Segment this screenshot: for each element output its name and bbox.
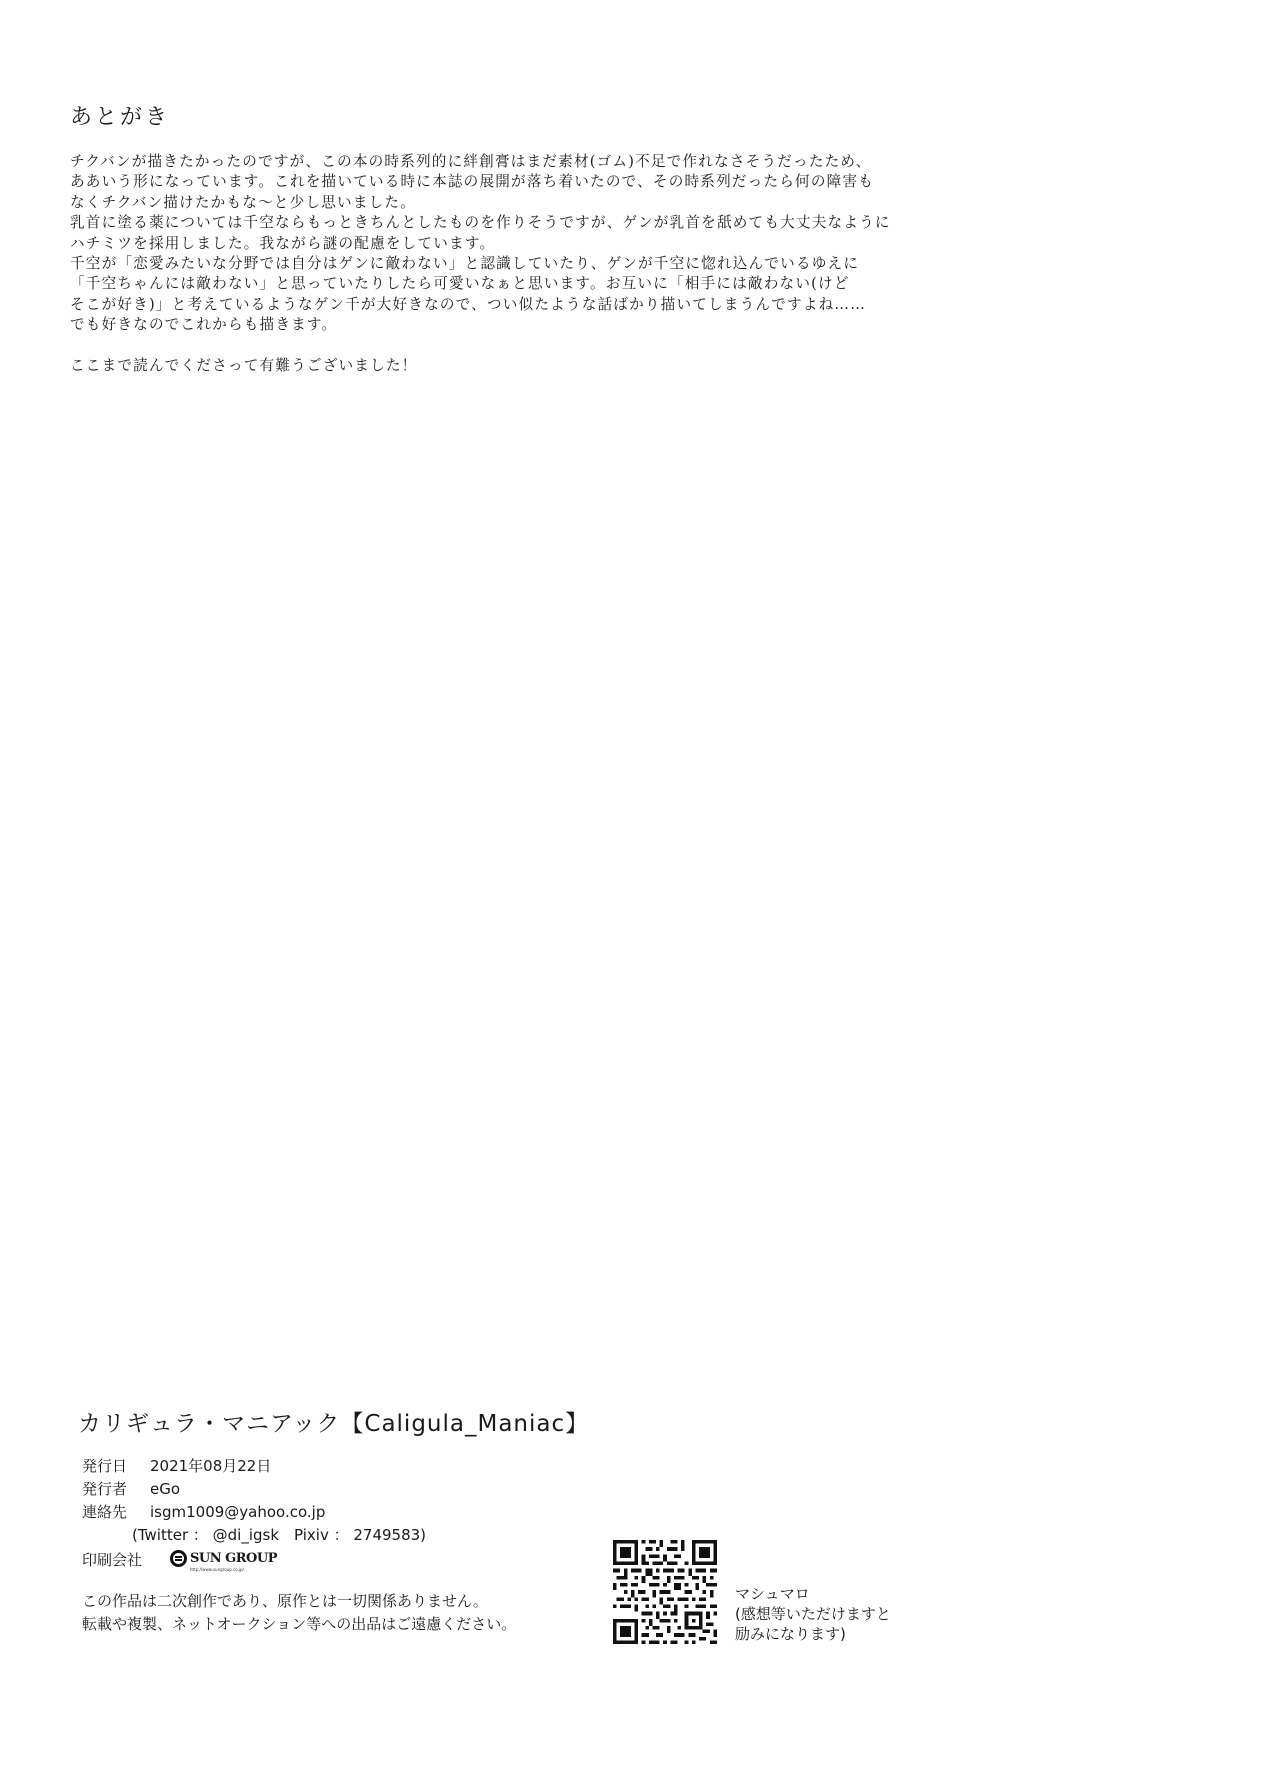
sun-group-logo-url: http://www.sungroup.co.jp/ — [190, 1568, 244, 1572]
afterword-line: 千空が「恋愛みたいな分野では自分はゲンに敵わない」と認識していたり、ゲンが千空に… — [70, 254, 990, 274]
afterword-line: なくチクバン描けたかもな～と少し思いました。 — [70, 193, 990, 213]
afterword-line: 乳首に塗る薬については千空ならもっときちんとしたものを作りそうですが、ゲンが乳首… — [70, 213, 990, 233]
afterword-line: そこが好き)」と考えているようなゲン千が大好きなので、つい似たような話ばかり描い… — [70, 295, 990, 315]
colophon-row-contact: 連絡先 isgm1009@yahoo.co.jp — [82, 1501, 426, 1524]
colophon-title: カリギュラ・マニアック【Caligula_Maniac】 — [78, 1405, 589, 1438]
publisher-name: eGo — [150, 1478, 180, 1501]
afterword-line: でも好きなのでこれからも描きます。 — [70, 315, 990, 335]
marshmallow-note: (感想等いただけますと — [735, 1604, 891, 1624]
sun-group-logo-icon — [170, 1550, 187, 1567]
afterword-title: あとがき — [70, 100, 170, 131]
afterword-line: チクバンが描きたかったのですが、この本の時系列的に絆創膏はまだ素材(ゴム)不足で… — [70, 152, 990, 172]
sun-group-logo: SUN GROUP http://www.sungroup.co.jp/ — [170, 1550, 277, 1572]
marshmallow-caption: マシュマロ (感想等いただけますと 励みになります) — [735, 1584, 891, 1644]
afterword-body: チクバンが描きたかったのですが、この本の時系列的に絆創膏はまだ素材(ゴム)不足で… — [70, 152, 990, 376]
colophon-row-publisher: 発行者 eGo — [82, 1478, 426, 1501]
colophon-label: 発行日 — [82, 1455, 150, 1478]
colophon-label: 印刷会社 — [82, 1549, 170, 1572]
qr-code-icon — [613, 1540, 717, 1644]
contact-email: isgm1009@yahoo.co.jp — [150, 1501, 325, 1524]
afterword-blank-line — [70, 336, 990, 356]
colophon-row-printer: 印刷会社 SUN GROUP http://www.sungroup.co.jp… — [82, 1549, 426, 1572]
document-page: あとがき チクバンが描きたかったのですが、この本の時系列的に絆創膏はまだ素材(ゴ… — [0, 0, 1280, 1778]
disclaimer-line: 転載や複製、ネットオークション等への出品はご遠慮ください。 — [82, 1613, 516, 1636]
colophon-label: 連絡先 — [82, 1501, 150, 1524]
sun-group-logo-text: SUN GROUP — [190, 1552, 277, 1565]
marshmallow-label: マシュマロ — [735, 1584, 891, 1604]
colophon-label: 発行者 — [82, 1478, 150, 1501]
sns-handles: (Twitter ： @di_igsk Pixiv ： 2749583) — [82, 1524, 426, 1547]
disclaimer: この作品は二次創作であり、原作とは一切関係ありません。 転載や複製、ネットオーク… — [82, 1590, 516, 1636]
colophon-table: 発行日 2021年08月22日 発行者 eGo 連絡先 isgm1009@yah… — [82, 1455, 426, 1572]
marshmallow-note: 励みになります) — [735, 1624, 891, 1644]
colophon-row-publish-date: 発行日 2021年08月22日 — [82, 1455, 426, 1478]
afterword-line: ああいう形になっています。これを描いている時に本誌の展開が落ち着いたので、その時… — [70, 172, 990, 192]
afterword-closing-line: ここまで読んでくださって有難うございました！ — [70, 356, 990, 376]
afterword-line: 「千空ちゃんには敵わない」と思っていたりしたら可愛いなぁと思います。お互いに「相… — [70, 274, 990, 294]
afterword-line: ハチミツを採用しました。我ながら謎の配慮をしています。 — [70, 234, 990, 254]
disclaimer-line: この作品は二次創作であり、原作とは一切関係ありません。 — [82, 1590, 516, 1613]
publish-date: 2021年08月22日 — [150, 1455, 271, 1478]
